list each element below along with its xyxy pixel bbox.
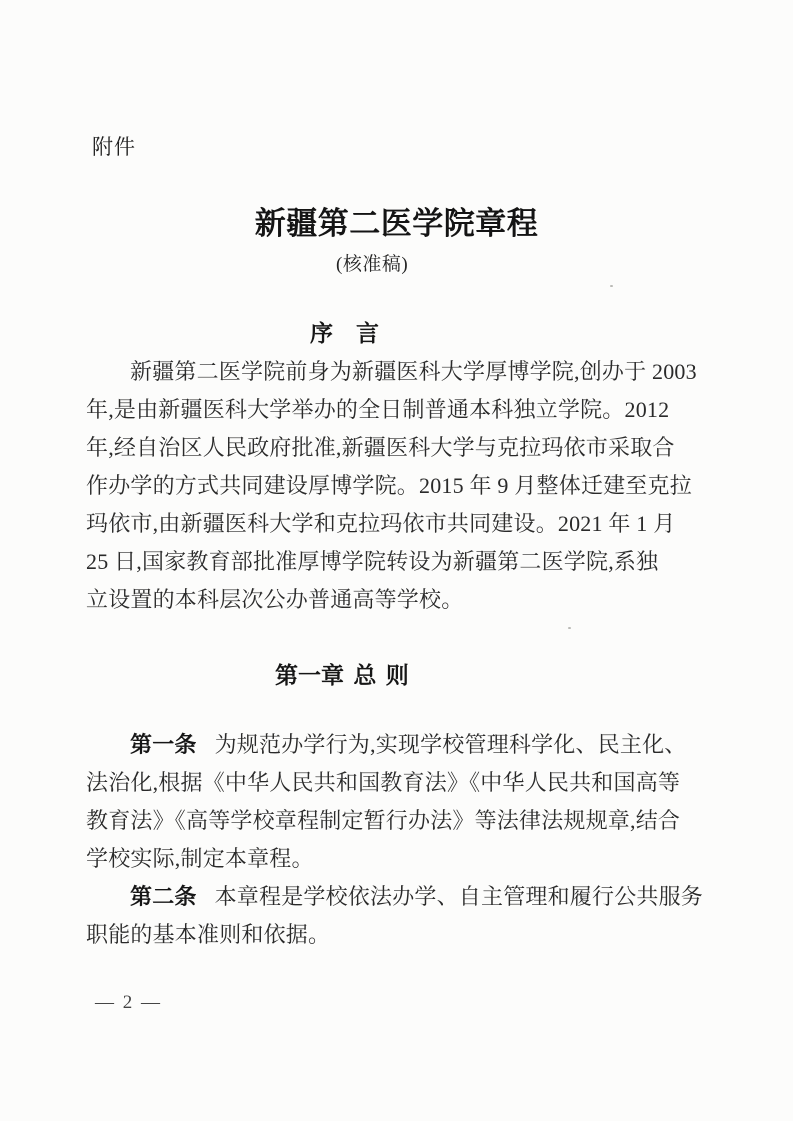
preface-line: 新疆第二医学院前身为新疆医科大学厚博学院,创办于 2003 xyxy=(86,353,711,391)
preface-line: 年,是由新疆医科大学举办的全日制普通本科独立学院。2012 xyxy=(86,391,711,429)
chapter-1-heading: 第一章 总 则 xyxy=(275,657,409,690)
document-title: 新疆第二医学院章程 xyxy=(0,198,793,243)
document-subtitle: (核准稿) xyxy=(336,249,408,276)
document-page: 附件 新疆第二医学院章程 (核准稿) 序 言 新疆第二医学院前身为新疆医科大学厚… xyxy=(0,0,793,1121)
article-1-line: 教育法》《高等学校章程制定暂行办法》等法律法规规章,结合 xyxy=(86,802,711,840)
article-2-line: 职能的基本准则和依据。 xyxy=(86,916,711,954)
chapter-1-articles: 第一条为规范办学行为,实现学校管理科学化、民主化、 法治化,根据《中华人民共和国… xyxy=(86,726,711,954)
preface-paragraph: 新疆第二医学院前身为新疆医科大学厚博学院,创办于 2003 年,是由新疆医科大学… xyxy=(86,353,711,619)
preface-line: 年,经自治区人民政府批准,新疆医科大学与克拉玛依市采取合 xyxy=(86,429,711,467)
article-1-line: 第一条为规范办学行为,实现学校管理科学化、民主化、 xyxy=(86,726,711,764)
scan-artifact xyxy=(568,627,571,629)
article-1-text: 为规范办学行为,实现学校管理科学化、民主化、 xyxy=(215,732,687,757)
article-2-text: 本章程是学校依法办学、自主管理和履行公共服务 xyxy=(215,884,703,909)
preface-line: 25 日,国家教育部批准厚博学院转设为新疆第二医学院,系独 xyxy=(86,543,711,581)
article-2-line: 第二条本章程是学校依法办学、自主管理和履行公共服务 xyxy=(86,878,711,916)
scan-artifact xyxy=(610,285,613,287)
preface-heading: 序 言 xyxy=(310,315,379,348)
article-1-line: 法治化,根据《中华人民共和国教育法》《中华人民共和国高等 xyxy=(86,764,711,802)
article-1-label: 第一条 xyxy=(130,732,197,757)
article-1-line: 学校实际,制定本章程。 xyxy=(86,840,711,878)
preface-line: 作办学的方式共同建设厚博学院。2015 年 9 月整体迁建至克拉 xyxy=(86,467,711,505)
page-number: — 2 — xyxy=(95,985,162,1021)
preface-line: 玛依市,由新疆医科大学和克拉玛依市共同建设。2021 年 1 月 xyxy=(86,505,711,543)
article-2-label: 第二条 xyxy=(130,884,197,909)
preface-line: 立设置的本科层次公办普通高等学校。 xyxy=(86,581,711,619)
attachment-label: 附件 xyxy=(92,131,136,161)
